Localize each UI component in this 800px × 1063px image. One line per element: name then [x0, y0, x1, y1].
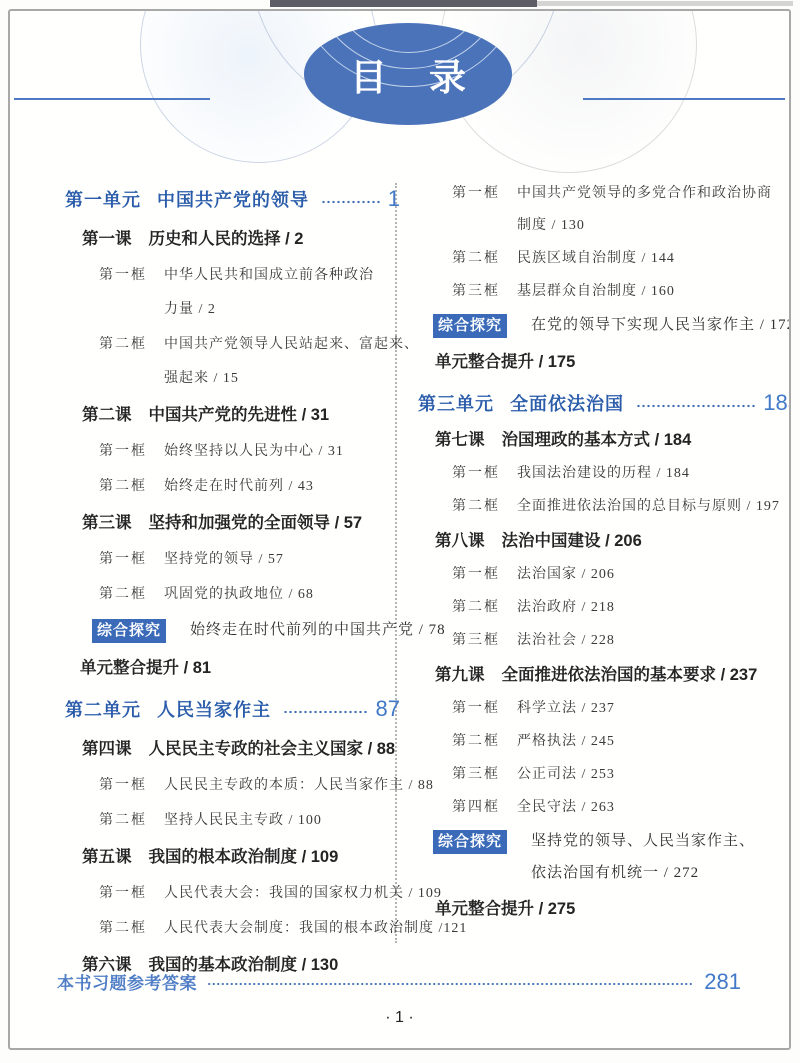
frame-title-line: 法治政府 / 218: [517, 597, 615, 619]
toc-entry-promote: 单元整合提升 / 81: [80, 656, 400, 681]
frame-title: 人民代表大会：我国的国家权力机关 / 109: [164, 883, 400, 905]
frame-label: 第一框: [99, 441, 147, 463]
frame-title-line: 坚持党的领导 / 57: [164, 549, 284, 571]
frame-title-line: 始终坚持以人民为中心 / 31: [164, 441, 344, 463]
frame-label: 第二框: [99, 810, 147, 832]
explore-title: 始终走在时代前列的中国共产党 / 78: [190, 619, 446, 642]
frame-title-line: 公正司法 / 253: [517, 764, 615, 786]
frame-title-line: 人民代表大会：我国的国家权力机关 / 109: [164, 883, 400, 905]
frame-label: 第一框: [452, 564, 500, 586]
course-title: 中国共产党的先进性 / 31: [149, 403, 330, 428]
toc-entry-frame: 第二框民族区域自治制度 / 144: [452, 248, 791, 270]
course-title: 法治中国建设 / 206: [502, 529, 642, 554]
frame-title-line: 全民守法 / 263: [517, 797, 615, 819]
frame-label: 第二框: [452, 597, 500, 619]
answers-page-number: 281: [704, 969, 741, 995]
course-label: 第七课: [435, 428, 485, 453]
toc-entry-frame: 第二框坚持人民民主专政 / 100: [99, 810, 400, 832]
frame-title: 始终走在时代前列 / 43: [164, 476, 314, 498]
frame-title-line: 法治国家 / 206: [517, 564, 615, 586]
toc-entry-frame: 第二框法治政府 / 218: [452, 597, 791, 619]
explore-badge: 综合探究: [92, 619, 166, 643]
frame-label: 第二框: [452, 731, 500, 753]
toc-entry-course: 第九课全面推进依法治国的基本要求 / 237: [435, 663, 791, 688]
frame-title-line: 强起来 / 15: [164, 368, 400, 390]
toc-entry-frame: 第一框法治国家 / 206: [452, 564, 791, 586]
toc-entry-frame: 第一框中国共产党领导的多党合作和政治协商制度 / 130: [452, 183, 791, 237]
unit-label: 第二单元: [65, 696, 141, 722]
explore-badge: 综合探究: [433, 314, 507, 338]
toc-entry-course: 第四课人民民主专政的社会主义国家 / 88: [82, 737, 400, 762]
page-number: · 1 ·: [10, 1009, 789, 1027]
toc-entry-frame: 第三框公正司法 / 253: [452, 764, 791, 786]
frame-title: 中华人民共和国成立前各种政治力量 / 2: [164, 265, 374, 321]
frame-title: 基层群众自治制度 / 160: [517, 281, 675, 303]
toc-entry-course: 第八课法治中国建设 / 206: [435, 529, 791, 554]
toc-title-badge: 目 录: [304, 23, 512, 125]
frame-label: 第一框: [452, 463, 500, 485]
toc-entry-course: 第五课我国的根本政治制度 / 109: [82, 845, 400, 870]
frame-title-line: 中华人民共和国成立前各种政治: [164, 265, 374, 287]
toc-entry-course: 第一课历史和人民的选择 / 2: [82, 227, 400, 252]
course-label: 第四课: [82, 737, 132, 762]
frame-title-line: 中国共产党领导的多党合作和政治协商: [517, 183, 772, 205]
frame-title-line: 法治社会 / 228: [517, 630, 615, 652]
promote-title: 单元整合提升 / 175: [435, 350, 575, 375]
promote-title: 单元整合提升 / 275: [435, 897, 575, 922]
frame-title-line: 始终走在时代前列 / 43: [164, 476, 314, 498]
toc-entry-frame: 第二框严格执法 / 245: [452, 731, 791, 753]
frame-title: 法治国家 / 206: [517, 564, 615, 586]
frame-title-line: 人民民主专政的本质：人民当家作主 / 88: [164, 775, 400, 797]
answers-label: 本书习题参考答案: [57, 969, 197, 994]
explore-badge: 综合探究: [433, 830, 507, 854]
unit-page-number: 1: [388, 186, 400, 212]
frame-title: 中国共产党领导人民站起来、富起来、强起来 / 15: [164, 334, 400, 390]
frame-label: 第二框: [452, 496, 500, 518]
scan-edge-dark-bar: [270, 0, 537, 7]
frame-title-line: 制度 / 130: [517, 215, 772, 237]
unit-page-number: 87: [376, 696, 400, 722]
toc-entry-frame: 第二框始终走在时代前列 / 43: [99, 476, 400, 498]
frame-label: 第一框: [99, 549, 147, 571]
frame-title-line: 全面推进依法治国的总目标与原则 / 197: [517, 496, 780, 518]
promote-title: 单元整合提升 / 81: [80, 656, 211, 681]
toc-entry-unit: 第二单元人民当家作主87: [65, 696, 400, 722]
decor-rule-left: [14, 98, 210, 100]
frame-title: 全面推进依法治国的总目标与原则 / 197: [517, 496, 780, 518]
explore-title: 在党的领导下实现人民当家作主 / 172: [531, 314, 791, 337]
frame-title: 民族区域自治制度 / 144: [517, 248, 675, 270]
frame-title: 中国共产党领导的多党合作和政治协商制度 / 130: [517, 183, 772, 237]
toc-entry-frame: 第一框中华人民共和国成立前各种政治力量 / 2: [99, 265, 400, 321]
toc-entry-course: 第二课中国共产党的先进性 / 31: [82, 403, 400, 428]
toc-entry-frame: 第四框全民守法 / 263: [452, 797, 791, 819]
unit-title: 人民当家作主: [157, 696, 271, 722]
frame-label: 第二框: [99, 918, 147, 940]
course-title: 治国理政的基本方式 / 184: [502, 428, 692, 453]
answers-entry: 本书习题参考答案 281: [57, 969, 741, 995]
toc-entry-frame: 第二框全面推进依法治国的总目标与原则 / 197: [452, 496, 791, 518]
frame-title: 人民民主专政的本质：人民当家作主 / 88: [164, 775, 400, 797]
frame-label: 第三框: [452, 630, 500, 652]
frame-label: 第一框: [452, 183, 500, 205]
frame-title-line: 力量 / 2: [164, 299, 374, 321]
course-label: 第三课: [82, 511, 132, 536]
frame-title: 人民代表大会制度：我国的根本政治制度 /121: [164, 918, 400, 940]
frame-title: 巩固党的执政地位 / 68: [164, 584, 314, 606]
frame-title-line: 民族区域自治制度 / 144: [517, 248, 675, 270]
unit-page-number: 183: [763, 390, 791, 416]
frame-label: 第二框: [99, 476, 147, 498]
toc-entry-promote: 单元整合提升 / 175: [435, 350, 791, 375]
dot-leader: [321, 186, 380, 212]
decor-rule-right: [583, 98, 785, 100]
frame-label: 第一框: [452, 698, 500, 720]
frame-label: 第一框: [99, 883, 147, 905]
frame-title: 公正司法 / 253: [517, 764, 615, 786]
course-title: 历史和人民的选择 / 2: [149, 227, 304, 252]
course-label: 第一课: [82, 227, 132, 252]
unit-title: 中国共产党的领导: [157, 186, 309, 212]
course-title: 人民民主专政的社会主义国家 / 88: [149, 737, 396, 762]
unit-label: 第一单元: [65, 186, 141, 212]
frame-title-line: 科学立法 / 237: [517, 698, 615, 720]
frame-label: 第一框: [99, 775, 147, 797]
frame-label: 第二框: [99, 334, 147, 356]
toc-entry-frame: 第二框巩固党的执政地位 / 68: [99, 584, 400, 606]
toc-entry-frame: 第二框人民代表大会制度：我国的根本政治制度 /121: [99, 918, 400, 940]
toc-entry-frame: 第一框我国法治建设的历程 / 184: [452, 463, 791, 485]
dot-leader: [636, 390, 755, 416]
toc-entry-frame: 第三框法治社会 / 228: [452, 630, 791, 652]
frame-label: 第二框: [452, 248, 500, 270]
frame-title: 坚持党的领导 / 57: [164, 549, 284, 571]
explore-title-line: 始终走在时代前列的中国共产党 / 78: [190, 619, 446, 642]
toc-entry-explore: 综合探究在党的领导下实现人民当家作主 / 172: [433, 314, 791, 338]
frame-title: 严格执法 / 245: [517, 731, 615, 753]
frame-title: 全民守法 / 263: [517, 797, 615, 819]
frame-title: 科学立法 / 237: [517, 698, 615, 720]
frame-title: 我国法治建设的历程 / 184: [517, 463, 690, 485]
frame-title-line: 人民代表大会制度：我国的根本政治制度 /121: [164, 918, 400, 940]
toc-entry-unit: 第三单元全面依法治国183: [418, 390, 791, 416]
toc-entry-frame: 第二框中国共产党领导人民站起来、富起来、强起来 / 15: [99, 334, 400, 390]
frame-title-line: 基层群众自治制度 / 160: [517, 281, 675, 303]
toc-entry-frame: 第一框科学立法 / 237: [452, 698, 791, 720]
explore-title-line: 坚持党的领导、人民当家作主、: [531, 830, 755, 853]
frame-title: 法治政府 / 218: [517, 597, 615, 619]
unit-title: 全面依法治国: [510, 390, 624, 416]
course-title: 坚持和加强党的全面领导 / 57: [149, 511, 363, 536]
course-label: 第八课: [435, 529, 485, 554]
frame-label: 第四框: [452, 797, 500, 819]
frame-title: 坚持人民民主专政 / 100: [164, 810, 322, 832]
frame-title-line: 严格执法 / 245: [517, 731, 615, 753]
book-page: 目 录 第一单元中国共产党的领导1第一课历史和人民的选择 / 2第一框中华人民共…: [8, 9, 791, 1050]
course-title: 全面推进依法治国的基本要求 / 237: [502, 663, 758, 688]
course-label: 第九课: [435, 663, 485, 688]
toc-entry-unit: 第一单元中国共产党的领导1: [65, 186, 400, 212]
toc-entry-frame: 第一框始终坚持以人民为中心 / 31: [99, 441, 400, 463]
toc-entry-course: 第三课坚持和加强党的全面领导 / 57: [82, 511, 400, 536]
scanned-toc-page: 目 录 第一单元中国共产党的领导1第一课历史和人民的选择 / 2第一框中华人民共…: [0, 0, 800, 1063]
toc-column-left: 第一单元中国共产党的领导1第一课历史和人民的选择 / 2第一框中华人民共和国成立…: [65, 183, 400, 991]
dot-leader: [207, 969, 694, 995]
dot-leader: [283, 696, 368, 722]
toc-entry-course: 第七课治国理政的基本方式 / 184: [435, 428, 791, 453]
course-title: 我国的根本政治制度 / 109: [149, 845, 339, 870]
frame-label: 第二框: [99, 584, 147, 606]
course-label: 第二课: [82, 403, 132, 428]
frame-label: 第一框: [99, 265, 147, 287]
explore-title-line: 依法治国有机统一 / 272: [531, 862, 755, 885]
frame-title: 法治社会 / 228: [517, 630, 615, 652]
explore-title: 坚持党的领导、人民当家作主、依法治国有机统一 / 272: [531, 830, 755, 885]
frame-title-line: 巩固党的执政地位 / 68: [164, 584, 314, 606]
frame-label: 第三框: [452, 764, 500, 786]
frame-title-line: 中国共产党领导人民站起来、富起来、: [164, 334, 400, 356]
frame-label: 第三框: [452, 281, 500, 303]
toc-entry-frame: 第一框人民民主专政的本质：人民当家作主 / 88: [99, 775, 400, 797]
toc-entry-frame: 第一框坚持党的领导 / 57: [99, 549, 400, 571]
course-label: 第五课: [82, 845, 132, 870]
frame-title-line: 坚持人民民主专政 / 100: [164, 810, 322, 832]
toc-column-right: 第一框中国共产党领导的多党合作和政治协商制度 / 130第二框民族区域自治制度 …: [418, 183, 791, 937]
unit-label: 第三单元: [418, 390, 494, 416]
frame-title: 始终坚持以人民为中心 / 31: [164, 441, 344, 463]
toc-entry-frame: 第三框基层群众自治制度 / 160: [452, 281, 791, 303]
toc-entry-promote: 单元整合提升 / 275: [435, 897, 791, 922]
explore-title-line: 在党的领导下实现人民当家作主 / 172: [531, 314, 791, 337]
toc-entry-frame: 第一框人民代表大会：我国的国家权力机关 / 109: [99, 883, 400, 905]
frame-title-line: 我国法治建设的历程 / 184: [517, 463, 690, 485]
toc-entry-explore: 综合探究始终走在时代前列的中国共产党 / 78: [92, 619, 400, 643]
scan-edge-light-bar: [537, 1, 793, 6]
toc-entry-explore: 综合探究坚持党的领导、人民当家作主、依法治国有机统一 / 272: [433, 830, 791, 885]
